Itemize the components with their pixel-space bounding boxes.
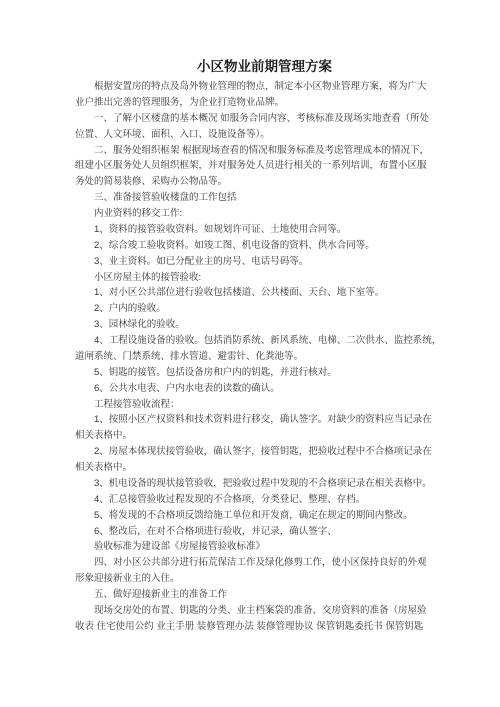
- text-line: 6、整改后，在对不合格项进行验收，并记录，确认签字、: [75, 524, 427, 540]
- text-line: 小区房屋主体的接管验收:: [75, 270, 427, 286]
- document-page: 小区物业前期管理方案 根据安置房的特点及岛外物业管理的物点，制定本小区物业管理方…: [0, 0, 500, 707]
- text-line: 二、服务处组织框架 根据现场查看的情况和服务标准及考虑管理成本的情况下，: [75, 143, 427, 159]
- text-line: 道闸系统、门禁系统、排水管道、避雷针、化粪池等。: [75, 349, 427, 365]
- text-line: 内业资料的移交工作:: [75, 206, 427, 222]
- text-line: 3、业主资料。如已分配业主的房号、电话号码等。: [75, 254, 427, 270]
- text-line: 4、工程设施设备的验收。包括消防系统、新风系统、电梯、二次供水、监控系统，: [75, 333, 427, 349]
- text-line: 验收标准为建设部《房屋接管验收标准》: [75, 539, 427, 555]
- text-line: 根据安置房的特点及岛外物业管理的物点，制定本小区物业管理方案，将为广大: [75, 79, 427, 95]
- text-line: 相关表格中。: [75, 460, 427, 476]
- text-line: 5、将发现的不合格项反馈给施工单位和开发商，确定在规定的期间内整改。: [75, 508, 427, 524]
- text-line: 3、机电设备的现状接管验收，把验收过程中发现的不合格项记录在相关表格中。: [75, 476, 427, 492]
- text-line: 工程接管验收流程：: [75, 397, 427, 413]
- text-line: 位置、人文环境、面积、入口、设施设备等）。: [75, 127, 427, 143]
- text-line: 业户推出完善的管理服务，为企业打造物业品牌。: [75, 95, 427, 111]
- text-line: 务处的简易装修、采购办公物品等。: [75, 174, 427, 190]
- text-line: 4、汇总接管验收过程发现的不合格项，分类登记、整理、存档。: [75, 492, 427, 508]
- text-line: 1、对小区公共部位进行验收包括楼道、公共楼面、天台、地下室等。: [75, 285, 427, 301]
- text-line: 形象迎接新业主的入住。: [75, 571, 427, 587]
- text-line: 1、资料的接管验收资料。如规划许可证、土地使用合同等。: [75, 222, 427, 238]
- text-line: 一、了解小区楼盘的基本概况 如服务合同内容、考核标准及现场实地查看（所处: [75, 111, 427, 127]
- text-line: 5、钥匙的接管。包括设备房和户内的钥匙，并进行核对。: [75, 365, 427, 381]
- text-line: 3、园林绿化的验收。: [75, 317, 427, 333]
- text-line: 相关表格中。: [75, 428, 427, 444]
- text-line: 2、房屋本体现状接管验收，确认签字，接管钥匙，把验收过程中不合格项记录在: [75, 444, 427, 460]
- document-title: 小区物业前期管理方案: [75, 57, 427, 77]
- text-line: 收表 住宅使用公约 业主手册 装修管理办法 装修管理协议 保管钥匙委托书 保管钥…: [75, 619, 427, 635]
- document-body: 根据安置房的特点及岛外物业管理的物点，制定本小区物业管理方案，将为广大业户推出完…: [75, 79, 427, 635]
- document-content: 小区物业前期管理方案 根据安置房的特点及岛外物业管理的物点，制定本小区物业管理方…: [75, 57, 427, 635]
- text-line: 组建小区服务处人员组织框架，并对服务处人员进行相关的一系列培训，布置小区服: [75, 158, 427, 174]
- text-line: 五、做好迎接新业主的准备工作: [75, 587, 427, 603]
- text-line: 6、公共水电表、户内水电表的读数的确认。: [75, 381, 427, 397]
- text-line: 四、对小区公共部分进行拓荒保洁工作及绿化修剪工作，使小区保持良好的外观: [75, 555, 427, 571]
- text-line: 三、准备接管验收楼盘的工作包括: [75, 190, 427, 206]
- text-line: 1、按照小区产权资料和技术资料进行移交，确认签字。对缺少的资料应当记录在: [75, 412, 427, 428]
- text-line: 2、综合竣工验收资料。如竣工图、机电设备的资料、供水合同等。: [75, 238, 427, 254]
- text-line: 现场交房处的布置、钥匙的分类、业主档案袋的准备、交房资料的准备（房屋验: [75, 603, 427, 619]
- text-line: 2、户内的验收。: [75, 301, 427, 317]
